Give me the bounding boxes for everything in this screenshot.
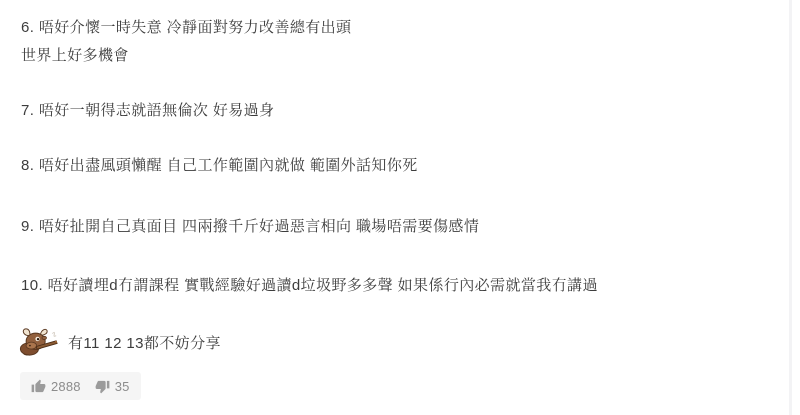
like-button[interactable]: 2888 (31, 379, 81, 394)
thumbs-down-icon (95, 379, 110, 394)
post-line-9: 9. 唔好扯開自己真面目 四兩撥千斤好過惡言相向 職場唔需要傷感情 (21, 217, 479, 237)
forum-post-page: 6. 唔好介懷一時失意 冷靜面對努力改善總有出頭 世界上好多機會 7. 唔好一朝… (0, 0, 800, 415)
post-line-10: 10. 唔好讀埋d冇謂課程 實戰經驗好過讀d垃圾野多多聲 如果係行內必需就當我冇… (21, 276, 598, 296)
smoking-bull-emote-icon (18, 326, 60, 358)
page-edge-divider (789, 0, 792, 415)
post-line-8: 8. 唔好出盡風頭懶醒 自己工作範圍內就做 範圍外話知你死 (21, 156, 418, 176)
post-line-7: 7. 唔好一朝得志就語無倫次 好易過身 (21, 101, 274, 121)
thumbs-up-icon (31, 379, 46, 394)
dislike-count: 35 (115, 379, 130, 394)
closing-text: 有11 12 13都不妨分享 (68, 332, 221, 353)
like-count: 2888 (51, 379, 81, 394)
closing-row: 有11 12 13都不妨分享 (18, 326, 221, 358)
dislike-button[interactable]: 35 (95, 379, 130, 394)
post-line-6b: 世界上好多機會 (21, 46, 129, 66)
post-line-6: 6. 唔好介懷一時失意 冷靜面對努力改善總有出頭 (21, 18, 351, 38)
vote-bar: 2888 35 (20, 372, 141, 400)
